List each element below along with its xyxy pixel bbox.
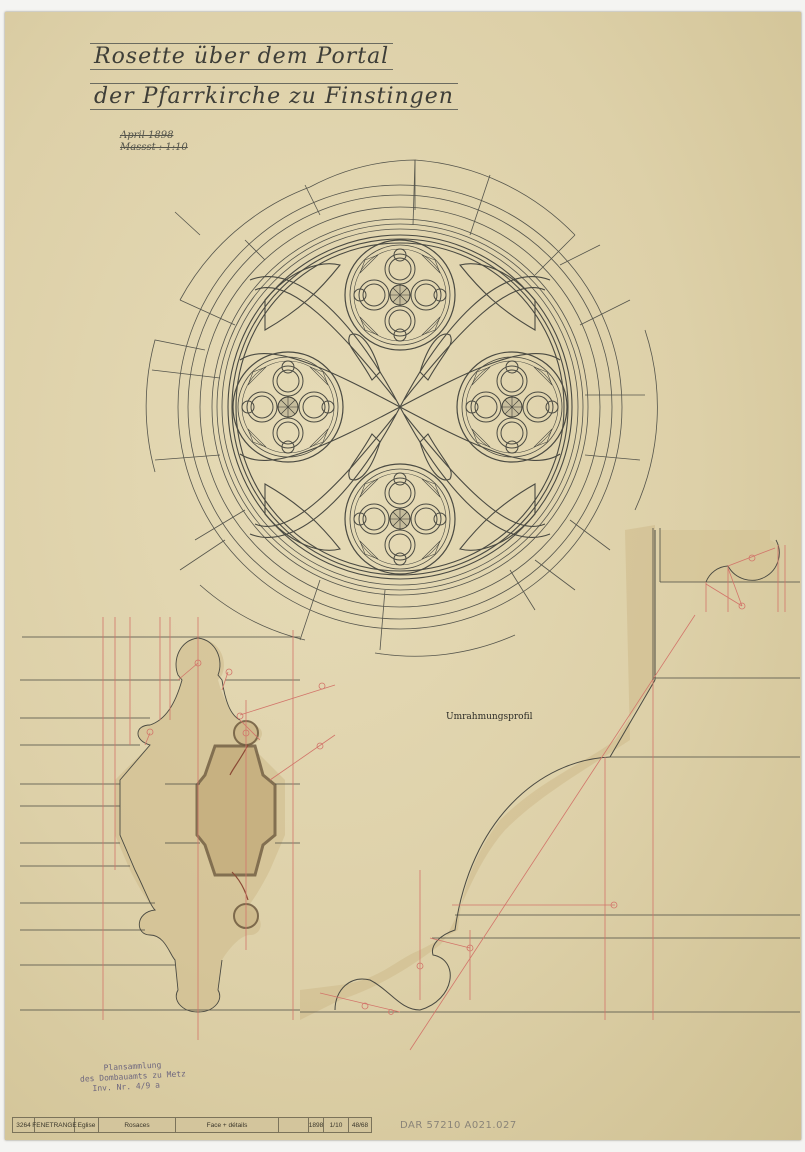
medallion-bottom — [345, 464, 455, 574]
archive-stamp: Plansammlung des Dombauamts zu Metz Inv.… — [79, 1059, 186, 1095]
strip-scale: 1/10 — [324, 1118, 349, 1132]
strip-year: 1898 — [309, 1118, 324, 1132]
medallion-top — [345, 240, 455, 350]
profile-label: Umrahmungsprofil — [446, 712, 532, 722]
medallion-right — [457, 352, 567, 462]
title-line-2: der Pfarrkirche zu Finstingen — [90, 84, 458, 109]
archive-id: DAR 57210 A021.027 — [400, 1120, 517, 1131]
strip-sheet: 48/68 — [349, 1118, 371, 1132]
corner-profile — [653, 528, 800, 680]
surround-profile — [300, 525, 800, 1050]
title-line-1: Rosette über dem Portal — [90, 44, 393, 69]
drawing-canvas — [0, 0, 805, 1152]
catalog-strip: 3264 FENETRANGE Eglise Rosaces Face + dé… — [12, 1117, 372, 1133]
drawing-date: April 1898 — [120, 130, 173, 141]
title-text-2: der Pfarrkirche zu Finstingen — [90, 83, 458, 110]
drawing-scale: Massst : 1:10 — [120, 142, 188, 153]
medallion-left — [233, 352, 343, 462]
mullion-profile — [20, 617, 335, 1040]
title-text-1: Rosette über dem Portal — [90, 43, 393, 70]
strip-building: Eglise — [75, 1118, 99, 1132]
strip-view: Face + détails — [176, 1118, 279, 1132]
strip-blank — [279, 1118, 309, 1132]
strip-place: FENETRANGE — [35, 1118, 75, 1132]
strip-subject: Rosaces — [99, 1118, 176, 1132]
